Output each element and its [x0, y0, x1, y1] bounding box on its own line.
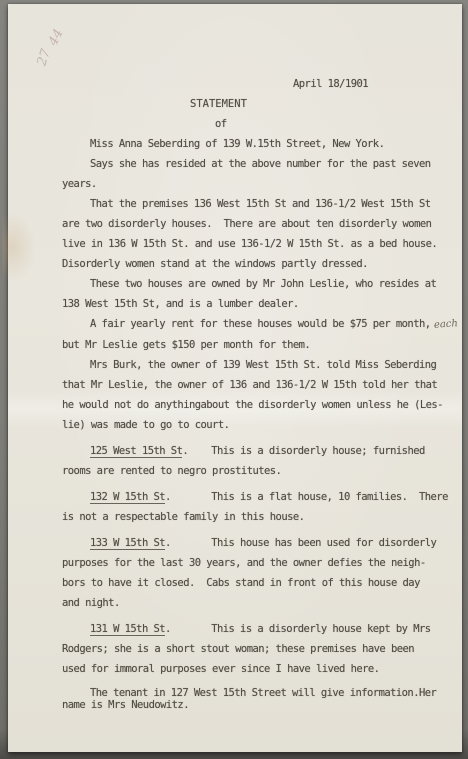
- statement-line: 138 West 15th St, and is a lumber dealer…: [62, 294, 458, 314]
- document-page: 44 27 April 18/1901 STATEMENT of Miss An…: [8, 4, 462, 752]
- statement-line: Disorderly women stand at the windows pa…: [62, 254, 458, 274]
- statement-line: Rodgers; she is a short stout woman; the…: [62, 639, 458, 659]
- address-underlined: 132 W 15th St: [90, 491, 165, 504]
- statement-line: is not a respectable family in this hous…: [62, 507, 458, 527]
- statement-line: he would not do anythingabout the disord…: [62, 395, 458, 415]
- section-text: . This house has been used for disorderl…: [165, 537, 436, 549]
- pencil-mark: 27: [35, 47, 54, 67]
- statement-line: These two houses are owned by Mr John Le…: [62, 274, 458, 294]
- statement-line: years.: [62, 174, 458, 194]
- statement-line: lie) was made to go to court.: [62, 415, 458, 435]
- address-underlined: 125 West 15th St: [90, 445, 182, 458]
- statement-line: Miss Anna Seberding of 139 W.15th Street…: [62, 134, 458, 154]
- statement-line: That the premises 136 West 15th St and 1…: [62, 194, 458, 214]
- address-underlined: 133 W 15th St: [90, 537, 165, 550]
- scanned-document-background: { "doc": { "pencil_marks": ["44", "27"],…: [0, 0, 468, 759]
- section-131-w-15th: 131 W 15th St. This is a disorderly hous…: [62, 619, 458, 639]
- statement-line: bors to have it closed. Cabs stand in fr…: [62, 573, 458, 593]
- handwritten-each-annotation: each: [433, 314, 458, 336]
- statement-line: that Mr Leslie, the owner of 136 and 136…: [62, 375, 458, 395]
- section-133-w-15th: 133 W 15th St. This house has been used …: [62, 533, 458, 553]
- rent-text: A fair yearly rent for these houses woul…: [90, 318, 431, 330]
- statement-line: Mrs Burk, the owner of 139 West 15th St.…: [62, 355, 458, 375]
- statement-line: are two disorderly houses. There are abo…: [62, 214, 458, 234]
- statement-line: rooms are rented to negro prostitutes.: [62, 461, 458, 481]
- typewritten-text: April 18/1901 STATEMENT of Miss Anna Seb…: [62, 4, 458, 711]
- section-text: . This is a flat house, 10 families. The…: [165, 491, 448, 503]
- date-line: April 18/1901: [62, 74, 458, 94]
- statement-line: The tenant in 127 West 15th Street will …: [62, 687, 458, 699]
- address-underlined: 131 W 15th St: [90, 623, 165, 636]
- statement-line: A fair yearly rent for these houses woul…: [62, 314, 458, 335]
- statement-line: but Mr Leslie gets $150 per month for th…: [62, 335, 458, 355]
- title-of: of: [62, 114, 458, 134]
- statement-line: Says she has resided at the above number…: [62, 154, 458, 174]
- statement-line: live in 136 W 15th St. and use 136-1/2 W…: [62, 234, 458, 254]
- statement-line: used for immoral purposes ever since I h…: [62, 659, 458, 679]
- statement-line: and night.: [62, 593, 458, 613]
- statement-line: name is Mrs Neudowitz.: [62, 699, 458, 711]
- statement-line: purposes for the last 30 years, and the …: [62, 553, 458, 573]
- paper-stain: [2, 212, 36, 282]
- section-125-west-15th: 125 West 15th St. This is a disorderly h…: [62, 441, 458, 461]
- section-132-w-15th: 132 W 15th St. This is a flat house, 10 …: [62, 487, 458, 507]
- document-title: STATEMENT: [62, 94, 458, 114]
- section-text: . This is a disorderly house kept by Mrs: [165, 623, 431, 635]
- section-text: . This is a disorderly house; furnished: [182, 445, 424, 457]
